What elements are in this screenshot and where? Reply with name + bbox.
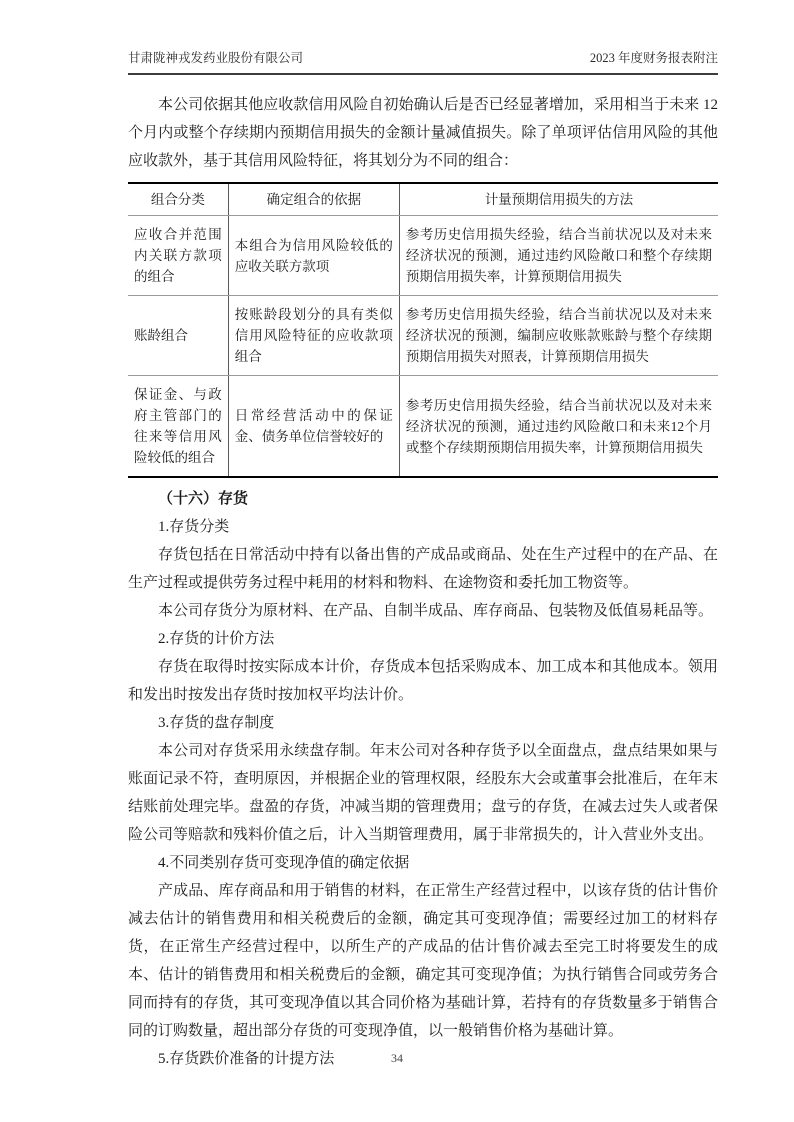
table-cell: 日常经营活动中的保证金、债务单位信誉较好的 bbox=[228, 376, 399, 478]
col-header-measurement-method: 计量预期信用损失的方法 bbox=[399, 183, 718, 216]
table-header-row: 组合分类 确定组合的依据 计量预期信用损失的方法 bbox=[128, 183, 718, 216]
company-name: 甘肃陇神戎发药业股份有限公司 bbox=[128, 48, 303, 66]
table-cell: 应收合并范围内关联方款项的组合 bbox=[128, 216, 228, 296]
table-cell: 保证金、与政府主管部门的往来等信用风险较低的组合 bbox=[128, 376, 228, 478]
page-header: 甘肃陇神戎发药业股份有限公司 2023 年度财务报表附注 bbox=[128, 48, 718, 75]
paragraph: 本公司对存货采用永续盘存制。年末公司对各种存货予以全面盘点，盘点结果如果与账面记… bbox=[128, 737, 718, 849]
paragraph: 产成品、库存商品和用于销售的材料，在正常生产经营过程中，以该存货的估计售价减去估… bbox=[128, 877, 718, 1045]
table-cell: 参考历史信用损失经验，结合当前状况以及对未来经济状况的预测，编制应收账款账龄与整… bbox=[399, 296, 718, 376]
subsection-heading-2: 2.存货的计价方法 bbox=[128, 625, 718, 653]
table-cell: 本组合为信用风险较低的应收关联方款项 bbox=[228, 216, 399, 296]
page-number: 34 bbox=[0, 1051, 794, 1066]
paragraph: 本公司存货分为原材料、在产品、自制半成品、库存商品、包装物及低值易耗品等。 bbox=[128, 597, 718, 625]
paragraph: 存货包括在日常活动中持有以备出售的产成品或商品、处在生产过程中的在产品、在生产过… bbox=[128, 541, 718, 597]
table-cell: 按账龄段划分的具有类似信用风险特征的应收款项组合 bbox=[228, 296, 399, 376]
subsection-heading-3: 3.存货的盘存制度 bbox=[128, 709, 718, 737]
table-cell: 账龄组合 bbox=[128, 296, 228, 376]
table-row: 账龄组合 按账龄段划分的具有类似信用风险特征的应收款项组合 参考历史信用损失经验… bbox=[128, 296, 718, 376]
table-row: 保证金、与政府主管部门的往来等信用风险较低的组合 日常经营活动中的保证金、债务单… bbox=[128, 376, 718, 478]
table-cell: 参考历史信用损失经验，结合当前状况以及对未来经济状况的预测，通过违约风险敞口和整… bbox=[399, 216, 718, 296]
subsection-heading-4: 4.不同类别存货可变现净值的确定依据 bbox=[128, 849, 718, 877]
table-cell: 参考历史信用损失经验，结合当前状况以及对未来经济状况的预测，通过违约风险敞口和未… bbox=[399, 376, 718, 478]
report-title: 2023 年度财务报表附注 bbox=[590, 48, 718, 66]
col-header-portfolio-class: 组合分类 bbox=[128, 183, 228, 216]
paragraph: 存货在取得时按实际成本计价，存货成本包括采购成本、加工成本和其他成本。领用和发出… bbox=[128, 653, 718, 709]
subsection-heading-1: 1.存货分类 bbox=[128, 513, 718, 541]
document-page: 甘肃陇神戎发药业股份有限公司 2023 年度财务报表附注 本公司依据其他应收款信… bbox=[0, 0, 794, 1122]
col-header-portfolio-basis: 确定组合的依据 bbox=[228, 183, 399, 216]
table-row: 应收合并范围内关联方款项的组合 本组合为信用风险较低的应收关联方款项 参考历史信… bbox=[128, 216, 718, 296]
intro-paragraph: 本公司依据其他应收款信用风险自初始确认后是否已经显著增加，采用相当于未来 12 … bbox=[128, 91, 718, 175]
section-title-inventory: （十六）存货 bbox=[128, 485, 718, 513]
credit-loss-portfolio-table: 组合分类 确定组合的依据 计量预期信用损失的方法 应收合并范围内关联方款项的组合… bbox=[128, 182, 718, 478]
